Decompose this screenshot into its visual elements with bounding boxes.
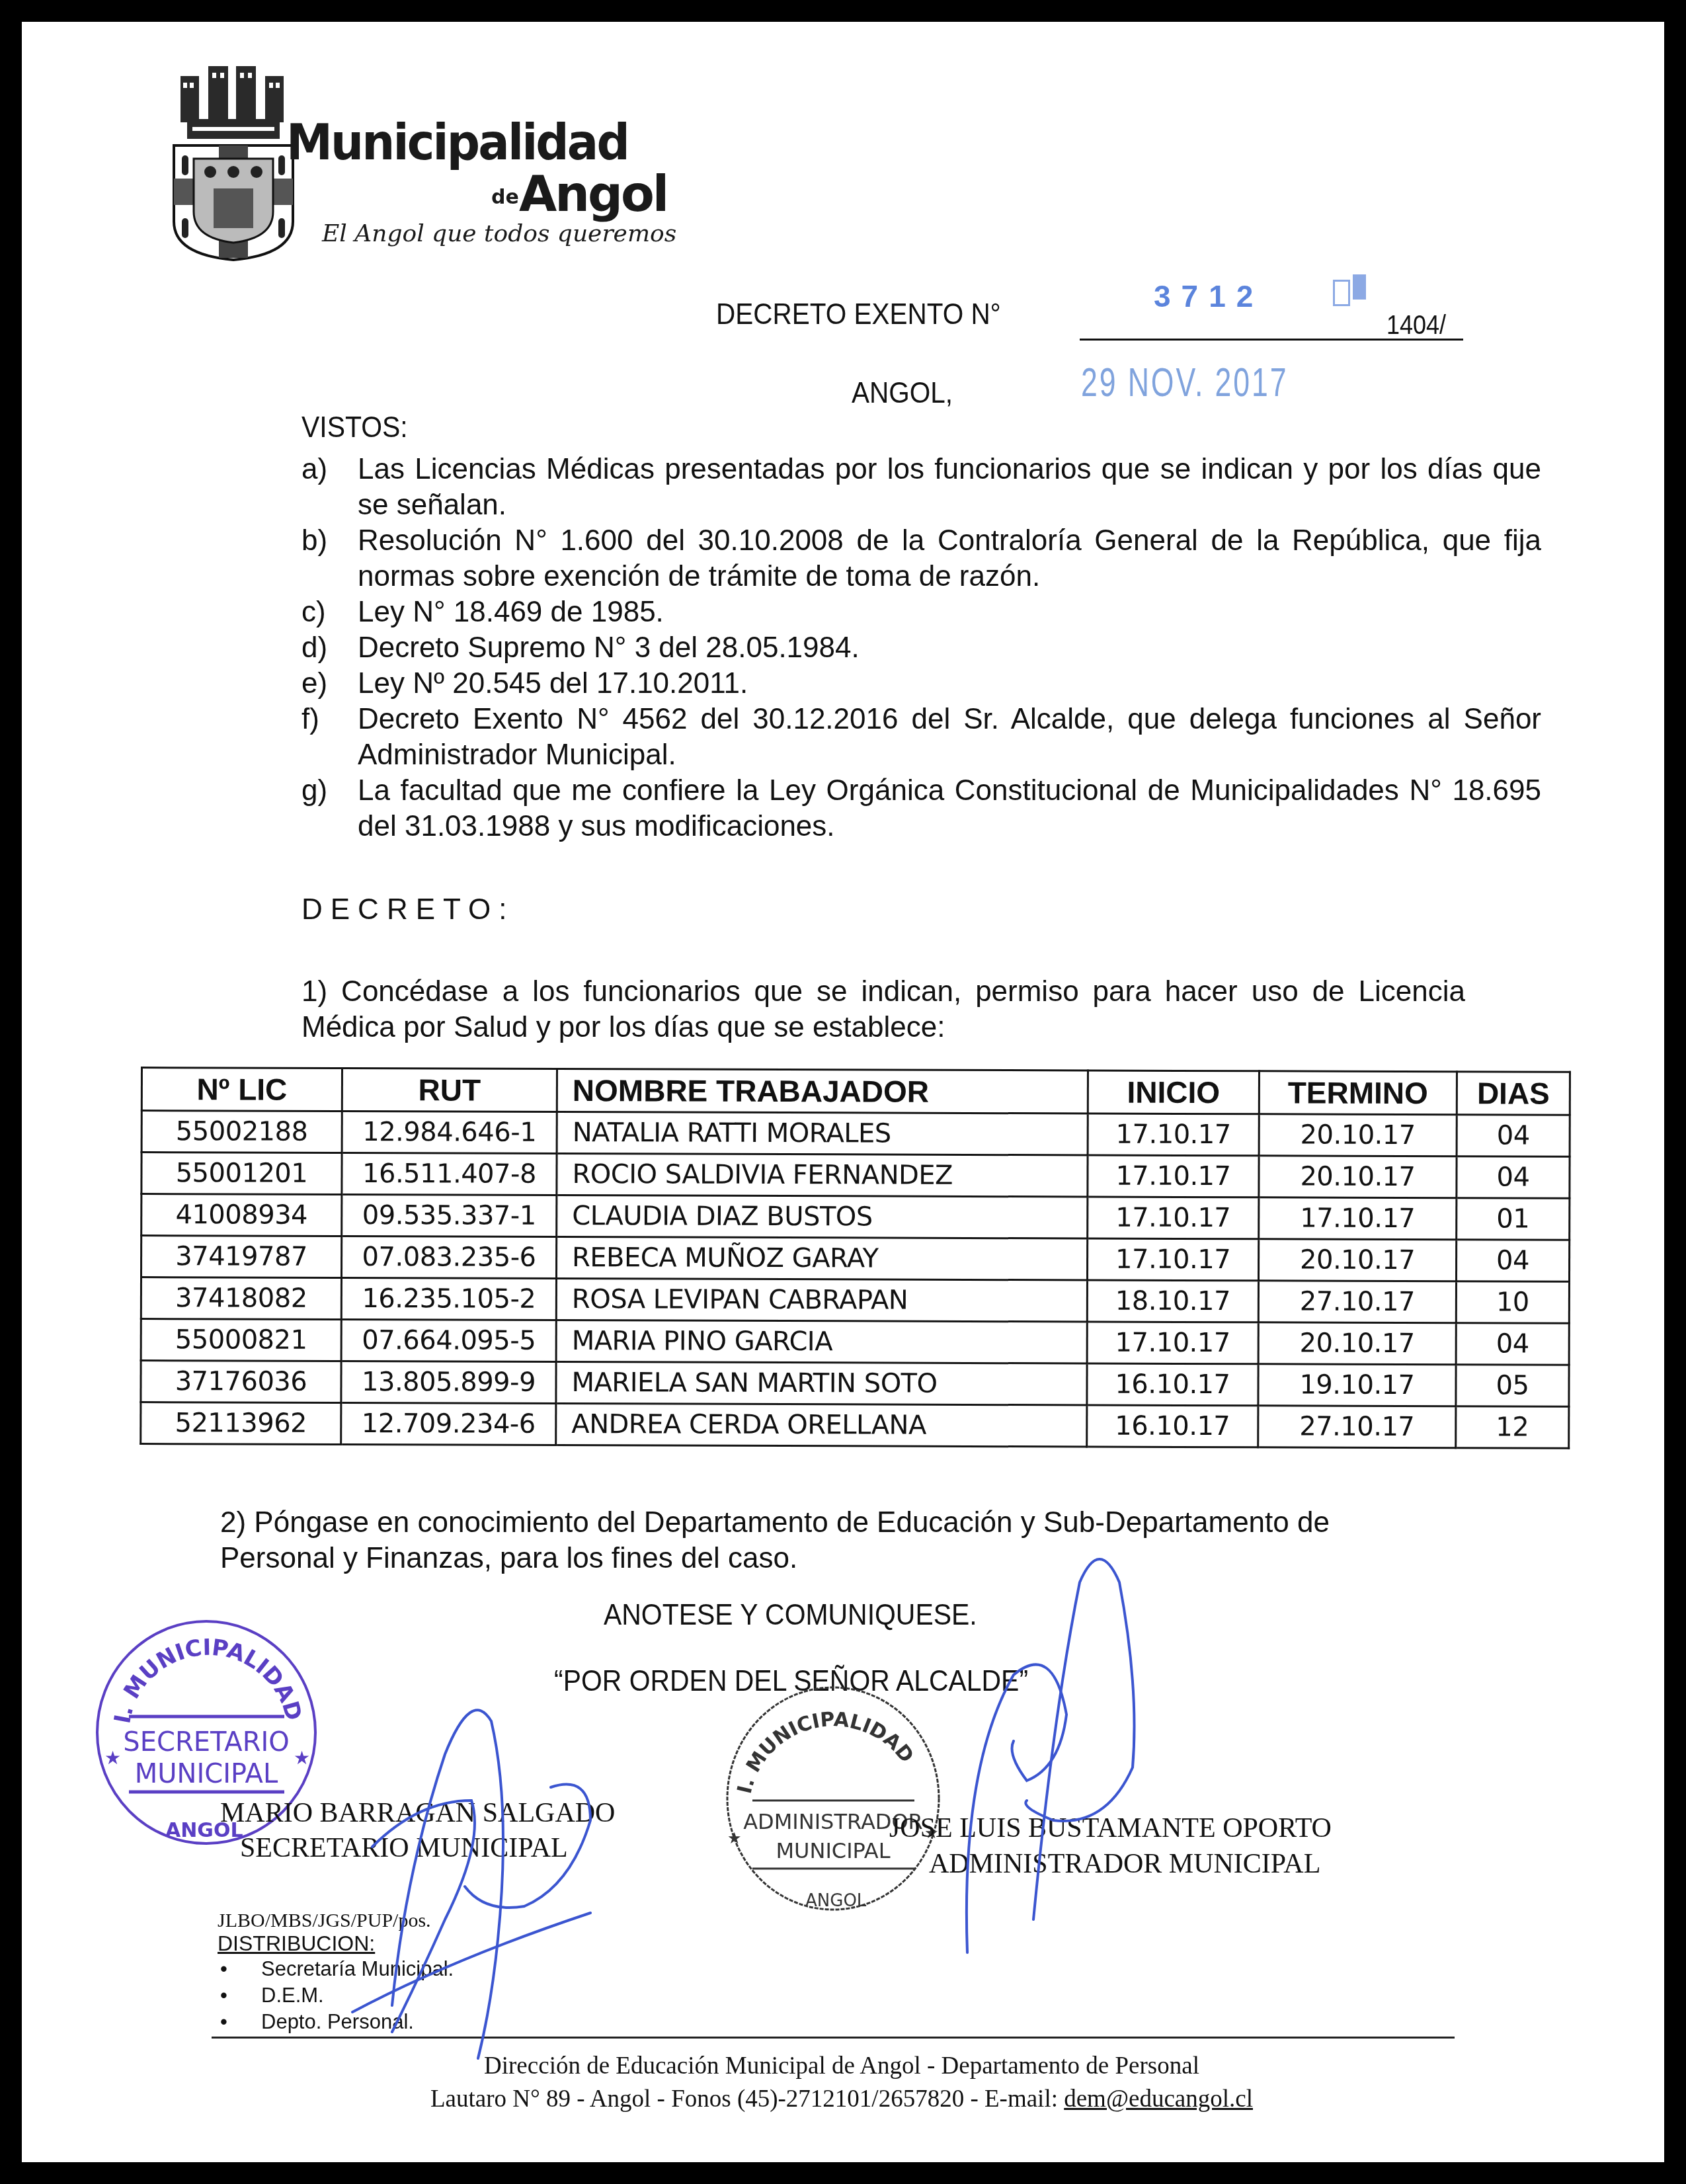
- bullet-icon: •: [220, 2009, 227, 2035]
- logo-city: Angol: [519, 166, 667, 223]
- col-header-rut: RUT: [342, 1068, 557, 1112]
- cell-days: 05: [1456, 1365, 1569, 1407]
- cell-start: 16.10.17: [1087, 1405, 1258, 1447]
- cell-end: 19.10.17: [1258, 1364, 1456, 1406]
- vistos-item-text: La facultad que me confiere la Ley Orgán…: [358, 773, 1541, 844]
- vistos-item-text: Decreto Supremo N° 3 del 28.05.1984.: [358, 630, 1541, 666]
- cell-end: 20.10.17: [1258, 1322, 1456, 1365]
- cell-start: 18.10.17: [1087, 1280, 1258, 1322]
- col-header-license: Nº LIC: [141, 1068, 342, 1112]
- cell-license: 41008934: [141, 1194, 342, 1236]
- stamp-mark-icon: [1353, 274, 1366, 300]
- col-header-end: TERMINO: [1259, 1071, 1457, 1115]
- table-row: 5500218812.984.646-1NATALIA RATTI MORALE…: [141, 1111, 1570, 1157]
- vistos-item-text: Decreto Exento N° 4562 del 30.12.2016 de…: [358, 702, 1541, 773]
- distribution-item: •D.E.M.: [218, 1982, 454, 2009]
- cell-start: 17.10.17: [1088, 1197, 1259, 1239]
- cell-start: 16.10.17: [1087, 1363, 1258, 1406]
- vistos-item-marker: e): [301, 666, 327, 702]
- vistos-item-text: Resolución N° 1.600 del 30.10.2008 de la…: [358, 523, 1541, 594]
- vistos-item-marker: b): [301, 523, 327, 559]
- cell-start: 17.10.17: [1088, 1155, 1259, 1197]
- distribution-item: •Depto. Personal.: [218, 2009, 454, 2035]
- licenses-table: Nº LIC RUT NOMBRE TRABAJADOR INICIO TERM…: [140, 1067, 1571, 1449]
- col-header-days: DIAS: [1457, 1072, 1570, 1115]
- initials: JLBO/MBS/JGS/PUP/pos.: [218, 1910, 431, 1932]
- document-page: Municipalidad de Angol El Angol que todo…: [22, 22, 1664, 2162]
- distribution-item: •Secretaría Municipal.: [218, 1956, 454, 1982]
- administrador-stamp: I. MUNICIPALIDAD ADMINISTRADOR MUNICIPAL…: [719, 1685, 947, 1913]
- table-row: 4100893409.535.337-1CLAUDIA DIAZ BUSTOS1…: [141, 1194, 1570, 1240]
- bullet-icon: •: [220, 1956, 227, 1982]
- footer-line-2: Lautaro N° 89 - Angol - Fonos (45)-27121…: [220, 2085, 1463, 2113]
- decreto-label: DECRETO EXENTO N°: [716, 298, 1001, 331]
- svg-text:I. MUNICIPALIDAD: I. MUNICIPALIDAD: [733, 1708, 918, 1796]
- cell-rut: 12.709.234-6: [341, 1402, 556, 1445]
- cell-end: 20.10.17: [1259, 1114, 1457, 1156]
- cell-name: ROSA LEVIPAN CABRAPAN: [556, 1278, 1087, 1322]
- place-label: ANGOL,: [852, 377, 953, 410]
- table-row: 5500082107.664.095-5MARIA PINO GARCIA17.…: [141, 1319, 1569, 1365]
- signer-1-name: MARIO BARRAGAN SALGADO: [220, 1797, 615, 1829]
- cell-name: MARIA PINO GARCIA: [556, 1320, 1087, 1363]
- cell-license: 55002188: [141, 1111, 342, 1153]
- cell-days: 10: [1456, 1281, 1569, 1324]
- cell-license: 37418082: [141, 1277, 341, 1320]
- stamp-date: 29 NOV. 2017: [1081, 359, 1288, 406]
- vistos-item-text: Ley Nº 20.545 del 17.10.2011.: [358, 666, 1541, 702]
- stamp-top-text: I. MUNICIPALIDAD: [733, 1708, 918, 1796]
- vistos-item-text: Las Licencias Médicas presentadas por lo…: [358, 452, 1541, 523]
- cell-rut: 09.535.337-1: [342, 1194, 557, 1236]
- distribution-list: •Secretaría Municipal.•D.E.M.•Depto. Per…: [218, 1956, 454, 2035]
- cell-end: 20.10.17: [1259, 1156, 1457, 1198]
- coat-of-arms-icon: [167, 63, 300, 261]
- vistos-heading: VISTOS:: [301, 410, 408, 446]
- decreto-heading: DECRETO:: [301, 893, 515, 926]
- col-header-start: INICIO: [1088, 1071, 1259, 1114]
- table-row: 3741978707.083.235-6REBECA MUÑOZ GARAY17…: [141, 1236, 1569, 1282]
- cell-license: 55000821: [141, 1319, 341, 1361]
- bullet-icon: •: [220, 1982, 227, 2009]
- footer-email-link[interactable]: dem@educangol.cl: [1064, 2085, 1253, 2113]
- distribution-heading: DISTRIBUCION:: [218, 1931, 375, 1956]
- signer-1-title: SECRETARIO MUNICIPAL: [240, 1832, 568, 1864]
- anotese-text: ANOTESE Y COMUNIQUESE.: [604, 1599, 977, 1632]
- decreto-number: 1404/: [1386, 311, 1446, 341]
- cell-days: 12: [1456, 1406, 1569, 1449]
- cell-name: MARIELA SAN MARTIN SOTO: [556, 1361, 1087, 1405]
- logo-slogan: El Angol que todos queremos: [322, 220, 676, 247]
- cell-license: 37176036: [141, 1361, 341, 1403]
- cell-name: CLAUDIA DIAZ BUSTOS: [557, 1195, 1088, 1238]
- vistos-item-text: Ley N° 18.469 de 1985.: [358, 594, 1541, 630]
- table-row: 5500120116.511.407-8ROCIO SALDIVIA FERNA…: [141, 1153, 1570, 1199]
- cell-license: 52113962: [141, 1402, 341, 1445]
- cell-days: 01: [1457, 1198, 1570, 1240]
- cell-license: 37419787: [141, 1236, 341, 1278]
- cell-start: 17.10.17: [1088, 1113, 1259, 1156]
- svg-text:MUNICIPAL: MUNICIPAL: [135, 1759, 278, 1789]
- logo-title: Municipalidad: [286, 114, 628, 171]
- distribution-item-text: Secretaría Municipal.: [261, 1957, 454, 1980]
- cell-name: ROCIO SALDIVIA FERNANDEZ: [557, 1153, 1088, 1197]
- vistos-item-marker: d): [301, 630, 327, 666]
- table-row: 5211396212.709.234-6ANDREA CERDA ORELLAN…: [141, 1402, 1569, 1449]
- cell-start: 17.10.17: [1087, 1322, 1258, 1364]
- svg-text:MUNICIPAL: MUNICIPAL: [776, 1838, 890, 1863]
- cell-days: 04: [1457, 1115, 1570, 1157]
- svg-text:★: ★: [727, 1830, 742, 1847]
- cell-rut: 16.235.105-2: [341, 1277, 556, 1320]
- cell-start: 17.10.17: [1087, 1238, 1258, 1281]
- stamp-number: 3712: [1154, 278, 1264, 314]
- cell-name: NATALIA RATTI MORALES: [557, 1112, 1088, 1155]
- vistos-item-marker: a): [301, 452, 327, 487]
- cell-end: 17.10.17: [1259, 1197, 1457, 1240]
- cell-license: 55001201: [141, 1153, 342, 1195]
- cell-rut: 07.083.235-6: [341, 1236, 556, 1278]
- vistos-item-marker: f): [301, 702, 319, 737]
- table-header-row: Nº LIC RUT NOMBRE TRABAJADOR INICIO TERM…: [141, 1068, 1570, 1115]
- decreto-point-1: 1) Concédase a los funcionarios que se i…: [301, 974, 1465, 1045]
- table-row: 3717603613.805.899-9MARIELA SAN MARTIN S…: [141, 1361, 1569, 1407]
- cell-rut: 16.511.407-8: [342, 1153, 557, 1195]
- svg-text:★: ★: [104, 1748, 121, 1768]
- signer-2-name: JOSE LUIS BUSTAMANTE OPORTO: [889, 1812, 1332, 1844]
- cell-days: 04: [1456, 1323, 1569, 1365]
- vistos-item-marker: g): [301, 773, 327, 809]
- cell-end: 27.10.17: [1258, 1406, 1456, 1448]
- stamp-mark-icon: [1333, 280, 1350, 306]
- cell-name: ANDREA CERDA ORELLANA: [556, 1403, 1087, 1447]
- footer-divider: [212, 2037, 1455, 2039]
- distribution-item-text: Depto. Personal.: [261, 2010, 414, 2033]
- cell-name: REBECA MUÑOZ GARAY: [556, 1236, 1087, 1280]
- logo-de: de: [491, 186, 519, 209]
- cell-days: 04: [1456, 1240, 1569, 1282]
- cell-end: 27.10.17: [1258, 1281, 1456, 1323]
- footer-contact: Lautaro N° 89 - Angol - Fonos (45)-27121…: [430, 2085, 1058, 2113]
- vistos-item-marker: c): [301, 594, 326, 630]
- svg-text:★: ★: [294, 1748, 310, 1768]
- cell-rut: 12.984.646-1: [342, 1111, 557, 1153]
- cell-days: 04: [1457, 1156, 1570, 1199]
- decreto-underline: [1080, 339, 1463, 341]
- table-row: 3741808216.235.105-2ROSA LEVIPAN CABRAPA…: [141, 1277, 1569, 1324]
- signer-2-title: ADMINISTRADOR MUNICIPAL: [929, 1848, 1320, 1880]
- cell-rut: 07.664.095-5: [341, 1319, 556, 1361]
- col-header-name: NOMBRE TRABAJADOR: [557, 1069, 1088, 1113]
- cell-rut: 13.805.899-9: [341, 1361, 556, 1403]
- svg-text:ANGOL: ANGOL: [805, 1891, 867, 1911]
- distribution-item-text: D.E.M.: [261, 1984, 324, 2007]
- svg-text:SECRETARIO: SECRETARIO: [123, 1727, 289, 1758]
- footer-line-1: Dirección de Educación Municipal de Ango…: [220, 2052, 1463, 2080]
- cell-end: 20.10.17: [1258, 1239, 1456, 1281]
- decreto-point-2: 2) Póngase en conocimiento del Departame…: [220, 1505, 1437, 1576]
